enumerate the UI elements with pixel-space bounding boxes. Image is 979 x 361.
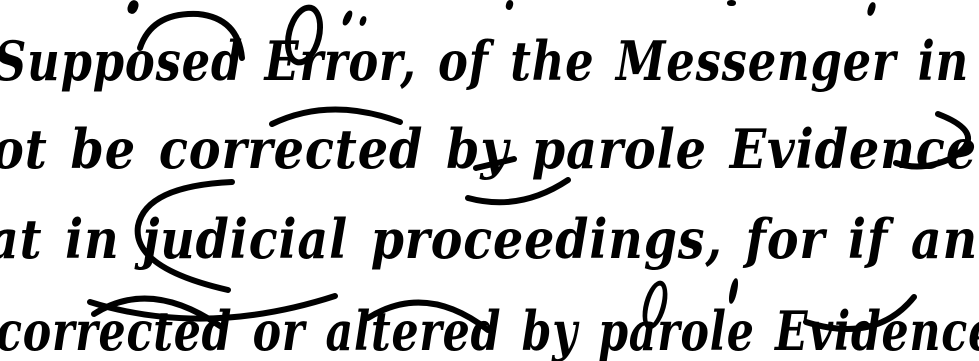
ink-fragment xyxy=(341,9,354,26)
ink-fragment xyxy=(866,1,877,16)
tail-under-parole xyxy=(468,180,568,202)
ink-fragment xyxy=(126,0,141,15)
manuscript-line-1: Supposed Error, of the Messenger in xyxy=(0,34,969,88)
manuscript-line-4: corrected or altered by parole Evidence xyxy=(0,304,979,358)
ink-fragment xyxy=(358,15,367,26)
manuscript-line-3: at in judicial proceedings, for if an xyxy=(0,212,978,266)
manuscript-page: Supposed Error, of the Messenger in ot b… xyxy=(0,0,979,361)
ink-fragment xyxy=(727,0,736,6)
manuscript-line-2: ot be corrected by parole Evidence xyxy=(0,122,977,176)
ink-fragment xyxy=(505,0,514,11)
